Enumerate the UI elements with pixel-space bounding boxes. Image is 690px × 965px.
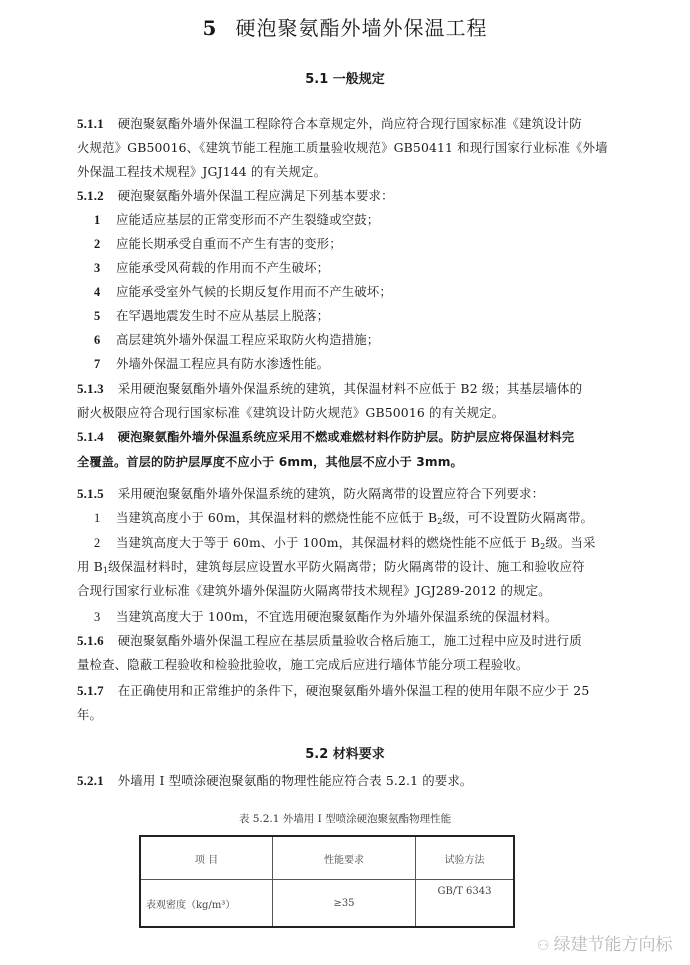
clause-number: 5.1.3 — [77, 381, 104, 396]
clause-text: 硬泡聚氨酯外墙外保温工程除符合本章规定外，尚应符合现行国家标准《建筑设计防 — [118, 116, 582, 131]
list-item: 6高层建筑外墙外保温工程应采取防火构造措施； — [94, 332, 634, 348]
item-text: 级，可不设置防火隔离带。 — [443, 510, 594, 525]
item-text: 外墙外保温工程应具有防水渗透性能。 — [116, 356, 329, 371]
clause-number: 5.1.2 — [77, 188, 104, 203]
clause-5-1-4-line-2: 全覆盖。首层的防护层厚度不应小于 6mm，其他层不应小于 3mm。 — [77, 454, 617, 470]
clause-5-1-7-line-2: 年。 — [77, 707, 617, 723]
item-number: 5 — [94, 308, 116, 324]
clause-number: 5.1.6 — [77, 633, 104, 648]
clause-5-1-6-line-1: 5.1.6硬泡聚氨酯外墙外保温工程应在基层质量验收合格后施工，施工过程中应及时进… — [77, 633, 617, 649]
chapter-title: 5硬泡聚氨酯外墙外保温工程 — [0, 12, 690, 41]
item-number: 6 — [94, 332, 116, 348]
physical-properties-table: 项 目 性能要求 试验方法 表观密度（kg/m³） ≥35 GB/T 6343 — [139, 835, 515, 928]
clause-5-2-1: 5.2.1外墙用 I 型喷涂硬泡聚氨酯的物理性能应符合表 5.2.1 的要求。 — [77, 773, 617, 789]
list-item: 5在罕遇地震发生时不应从基层上脱落； — [94, 308, 634, 324]
list-item: 7外墙外保温工程应具有防水渗透性能。 — [94, 356, 634, 372]
chapter-title-text: 硬泡聚氨酯外墙外保温工程 — [235, 16, 487, 40]
clause-text: 硬泡聚氨酯外墙外保温工程应满足下列基本要求： — [118, 188, 394, 203]
section-title-5-2: 5.2 材料要求 — [0, 743, 690, 762]
clause-text: 采用硬泡聚氨酯外墙外保温系统的建筑，防火隔离带的设置应符合下列要求： — [118, 486, 544, 501]
header-item: 项 目 — [140, 836, 273, 880]
item-number: 1 — [94, 510, 116, 526]
wechat-icon: ⚇ — [537, 938, 550, 954]
cell-requirement: ≥35 — [273, 880, 416, 928]
item-text: 在罕遇地震发生时不应从基层上脱落； — [116, 308, 329, 323]
clause-5-1-2-intro: 5.1.2硬泡聚氨酯外墙外保温工程应满足下列基本要求： — [77, 188, 617, 204]
document-page: 5硬泡聚氨酯外墙外保温工程 5.1 一般规定 5.1.1硬泡聚氨酯外墙外保温工程… — [0, 0, 690, 965]
item-text: 当建筑高度小于 60m，其保温材料的燃烧性能不应低于 B — [116, 510, 437, 525]
clause-number: 5.1.7 — [77, 683, 104, 698]
item-number: 4 — [94, 284, 116, 300]
item-text: 应能承受室外气候的长期反复作用而不产生破坏； — [116, 284, 392, 299]
clause-5-1-3-line-1: 5.1.3采用硬泡聚氨酯外墙外保温系统的建筑，其保温材料不应低于 B2 级；其基… — [77, 381, 617, 397]
clause-number: 5.1.5 — [77, 486, 104, 501]
item-number: 3 — [94, 260, 116, 276]
item-text: 级。当采 — [545, 535, 595, 550]
list-item: 3应能承受风荷载的作用而不产生破坏； — [94, 260, 634, 276]
clause-number: 5.1.1 — [77, 116, 104, 131]
item-text: 当建筑高度大于 100m，不宜选用硬泡聚氨酯作为外墙外保温系统的保温材料。 — [116, 609, 557, 624]
item-text: 应能承受风荷载的作用而不产生破坏； — [116, 260, 329, 275]
clause-text: 硬泡聚氨酯外墙外保温系统应采用不燃或难燃材料作防护层。防护层应将保温材料完 — [118, 430, 575, 444]
clause-5-1-3-line-2: 耐火极限应符合现行国家标准《建筑设计防火规范》GB50016 的有关规定。 — [77, 405, 617, 421]
list-item: 4应能承受室外气候的长期反复作用而不产生破坏； — [94, 284, 634, 300]
clause-5-1-5-item-2-line-3: 合现行国家行业标准《建筑外墙外保温防火隔离带技术规程》JGJ289-2012 的… — [77, 583, 617, 599]
clause-5-1-1-line-3: 外保温工程技术规程》JGJ144 的有关规定。 — [77, 164, 617, 180]
item-text: 高层建筑外墙外保温工程应采取防火构造措施； — [116, 332, 379, 347]
item-number: 2 — [94, 236, 116, 252]
item-text: 应能适应基层的正常变形而不产生裂缝或空鼓； — [116, 212, 379, 227]
clause-number: 5.2.1 — [77, 773, 104, 788]
header-test-method: 试验方法 — [416, 836, 515, 880]
list-item: 3当建筑高度大于 100m，不宜选用硬泡聚氨酯作为外墙外保温系统的保温材料。 — [94, 609, 634, 625]
clause-5-1-6-line-2: 量检查、隐蔽工程验收和检验批验收，施工完成后应进行墙体节能分项工程验收。 — [77, 657, 617, 673]
clause-number: 5.1.4 — [77, 429, 104, 444]
item-text: 应能长期承受自重而不产生有害的变形； — [116, 236, 342, 251]
item-text: 当建筑高度大于等于 60m、小于 100m，其保温材料的燃烧性能不应低于 B — [116, 535, 540, 550]
chapter-number: 5 — [203, 16, 218, 40]
clause-5-1-7-line-1: 5.1.7在正确使用和正常维护的条件下，硬泡聚氨酯外墙外保温工程的使用年限不应少… — [77, 683, 617, 699]
item-number: 1 — [94, 212, 116, 228]
clause-5-1-1-line-1: 5.1.1硬泡聚氨酯外墙外保温工程除符合本章规定外，尚应符合现行国家标准《建筑设… — [77, 116, 617, 132]
watermark-text: 绿建节能方向标 — [554, 935, 673, 955]
table-caption: 表 5.2.1 外墙用 I 型喷涂硬泡聚氨酯物理性能 — [0, 811, 690, 826]
item-number: 7 — [94, 356, 116, 372]
table-row: 表观密度（kg/m³） ≥35 GB/T 6343 — [140, 880, 514, 928]
cell-test-method: GB/T 6343 — [416, 880, 515, 928]
list-item: 2应能长期承受自重而不产生有害的变形； — [94, 236, 634, 252]
clause-text: 采用硬泡聚氨酯外墙外保温系统的建筑，其保温材料不应低于 B2 级；其基层墙体的 — [118, 381, 582, 396]
header-requirement: 性能要求 — [273, 836, 416, 880]
list-item: 1应能适应基层的正常变形而不产生裂缝或空鼓； — [94, 212, 634, 228]
clause-5-1-5-intro: 5.1.5采用硬泡聚氨酯外墙外保温系统的建筑，防火隔离带的设置应符合下列要求： — [77, 486, 617, 502]
item-text: 用 B — [77, 559, 103, 574]
watermark: ⚇绿建节能方向标 — [537, 930, 673, 955]
cell-item: 表观密度（kg/m³） — [140, 880, 273, 928]
clause-text: 硬泡聚氨酯外墙外保温工程应在基层质量验收合格后施工，施工过程中应及时进行质 — [118, 633, 582, 648]
clause-text: 外墙用 I 型喷涂硬泡聚氨酯的物理性能应符合表 5.2.1 的要求。 — [118, 773, 473, 788]
clause-5-1-4-line-1: 5.1.4硬泡聚氨酯外墙外保温系统应采用不燃或难燃材料作防护层。防护层应将保温材… — [77, 429, 617, 445]
clause-text: 在正确使用和正常维护的条件下，硬泡聚氨酯外墙外保温工程的使用年限不应少于 25 — [118, 683, 590, 698]
section-title-5-1: 5.1 一般规定 — [0, 68, 690, 87]
item-text: 级保温材料时，建筑每层应设置水平防火隔离带；防火隔离带的设计、施工和验收应符 — [108, 559, 585, 574]
table-header-row: 项 目 性能要求 试验方法 — [140, 836, 514, 880]
list-item: 2当建筑高度大于等于 60m、小于 100m，其保温材料的燃烧性能不应低于 B2… — [94, 535, 634, 555]
clause-5-1-5-item-2-line-2: 用 B1级保温材料时，建筑每层应设置水平防火隔离带；防火隔离带的设计、施工和验收… — [77, 559, 617, 579]
item-number: 3 — [94, 609, 116, 625]
item-number: 2 — [94, 535, 116, 551]
clause-5-1-1-line-2: 火规范》GB50016、《建筑节能工程施工质量验收规范》GB50411 和现行国… — [77, 140, 617, 156]
list-item: 1当建筑高度小于 60m，其保温材料的燃烧性能不应低于 B2级，可不设置防火隔离… — [94, 510, 634, 530]
